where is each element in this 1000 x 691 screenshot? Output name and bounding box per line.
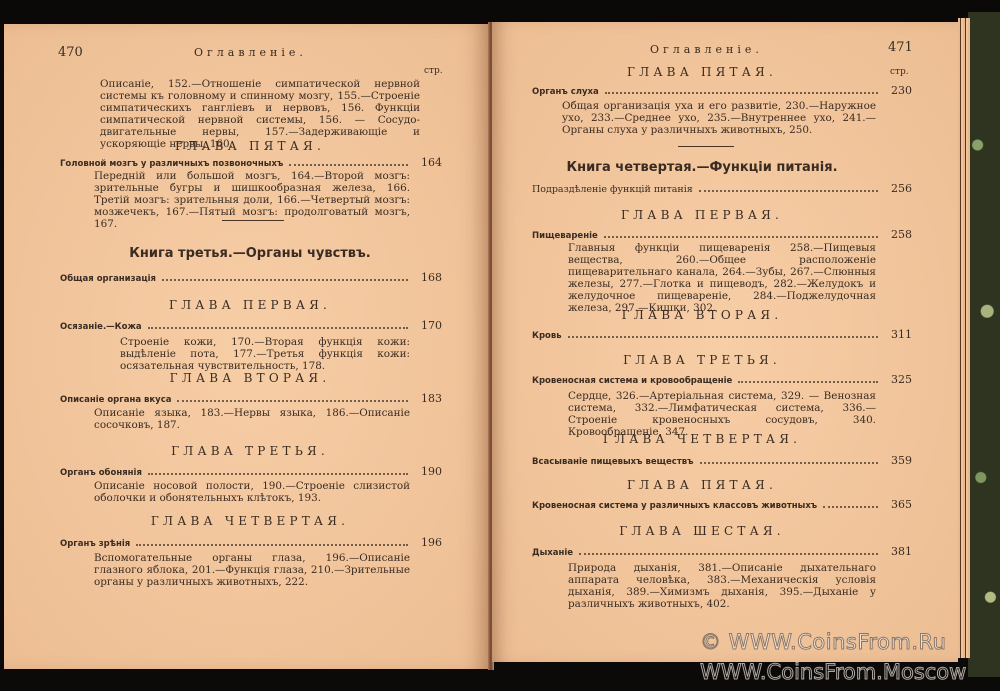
toc-entry-title: Всасываніе пищевыхъ веществъ: [532, 457, 694, 467]
toc-entry[interactable]: Кровеносная система у различныхъ классов…: [532, 498, 912, 511]
chapter-heading: ГЛАВА ТРЕТЬЯ.: [512, 353, 892, 367]
toc-entry[interactable]: Органъ слуха 230: [532, 84, 912, 97]
toc-entry-page: 170: [414, 319, 442, 332]
toc-entry-page: 168: [414, 271, 442, 284]
chapter-heading: ГЛАВА ВТОРАЯ.: [40, 371, 460, 385]
toc-entry-description: Вспомогательные органы глаза, 196.—Описа…: [94, 552, 410, 588]
page-edges: [958, 18, 970, 658]
leader-dots: [738, 381, 878, 383]
toc-entry[interactable]: Кровь 311: [532, 328, 912, 341]
toc-entry-title: Подраздѣленіе функцій питанія: [532, 184, 693, 195]
toc-entry-title: Кровь: [532, 331, 562, 341]
toc-entry-description: Общая организація уха и его развитіе, 23…: [562, 100, 876, 136]
toc-entry[interactable]: Общая организація 168: [60, 271, 442, 284]
toc-entry-page: 230: [884, 84, 912, 97]
chapter-heading: ГЛАВА ЧЕТВЕРТАЯ.: [40, 514, 460, 528]
leader-dots: [568, 336, 878, 338]
toc-entry[interactable]: Кровеносная система и кровообращеніе 325: [532, 373, 912, 386]
leader-dots: [177, 400, 408, 402]
leader-dots: [699, 190, 878, 192]
leader-dots: [605, 92, 878, 94]
toc-entry-description: Описаніе языка, 183.—Нервы языка, 186.—О…: [94, 407, 410, 431]
toc-entry-page: 183: [414, 392, 442, 405]
toc-entry[interactable]: Осязаніе.—Кожа 170: [60, 319, 442, 332]
toc-entry[interactable]: Органъ зрѣнія 196: [60, 536, 442, 549]
chapter-heading: ГЛАВА ПЯТАЯ.: [40, 139, 460, 153]
background-top: [0, 0, 1000, 22]
toc-entry-page: 258: [884, 228, 912, 241]
chapter-heading: ГЛАВА ПЯТАЯ.: [512, 65, 892, 79]
toc-entry[interactable]: Пищевареніе 258: [532, 228, 912, 241]
leader-dots: [823, 506, 878, 508]
book-title: Книга четвертая.—Функціи питанія.: [512, 160, 892, 175]
toc-entry-title: Головной мозгъ у различныхъ позвоночныхъ: [60, 159, 283, 169]
toc-entry-page: 196: [414, 536, 442, 549]
toc-entry[interactable]: Описаніе органа вкуса 183: [60, 392, 442, 405]
toc-entry-title: Общая организація: [60, 274, 156, 284]
toc-entry-title: Органъ обонянія: [60, 468, 142, 478]
page-column-label: стр.: [424, 66, 443, 76]
running-head: Оглавленіе.: [650, 43, 763, 56]
leader-dots: [162, 279, 408, 281]
running-head: Оглавленіе.: [194, 46, 307, 59]
toc-entry-page: 365: [884, 498, 912, 511]
toc-entry[interactable]: Подраздѣленіе функцій питанія 256: [532, 182, 912, 195]
toc-entry-description: Строеніе кожи, 170.—Вторая функція кожи:…: [120, 336, 410, 372]
watermark-primary: © WWW.CoinsFrom.Ru: [700, 630, 947, 654]
chapter-heading: ГЛАВА ТРЕТЬЯ.: [40, 444, 460, 458]
page-column-label: стр.: [890, 67, 909, 77]
leader-dots: [148, 327, 408, 329]
toc-entry[interactable]: Дыханіе 381: [532, 545, 912, 558]
toc-entry[interactable]: Всасываніе пищевыхъ веществъ 359: [532, 454, 912, 467]
toc-entry-title: Кровеносная система и кровообращеніе: [532, 376, 732, 386]
toc-entry-title: Кровеносная система у различныхъ классов…: [532, 501, 817, 511]
section-divider: [678, 146, 734, 147]
toc-entry-description: Описаніе носовой полости, 190.—Строеніе …: [94, 480, 410, 504]
page-number: 470: [58, 45, 83, 60]
toc-entry-page: 359: [884, 454, 912, 467]
toc-entry-description: Главныя функціи пищеваренія 258.—Пищевыя…: [568, 242, 876, 314]
leader-dots: [148, 473, 408, 475]
toc-entry-page: 381: [884, 545, 912, 558]
chapter-heading: ГЛАВА ЧЕТВЕРТАЯ.: [512, 432, 892, 446]
toc-entry-title: Органъ слуха: [532, 87, 599, 97]
right-page: Оглавленіе. 471 ГЛАВА ПЯТАЯ. стр. Органъ…: [492, 22, 958, 662]
chapter-heading: ГЛАВА ВТОРАЯ.: [512, 308, 892, 322]
chapter-heading: ГЛАВА ПЕРВАЯ.: [512, 208, 892, 222]
chapter-heading: ГЛАВА ШЕСТАЯ.: [512, 524, 892, 538]
chapter-heading: ГЛАВА ПЯТАЯ.: [512, 478, 892, 492]
left-page: 470 Оглавленіе. стр. Описаніе, 152.—Отно…: [4, 24, 490, 669]
toc-entry-page: 190: [414, 465, 442, 478]
toc-entry-page: 325: [884, 373, 912, 386]
leader-dots: [136, 544, 408, 546]
toc-entry[interactable]: Головной мозгъ у различныхъ позвоночныхъ…: [60, 156, 442, 169]
toc-entry-page: 164: [414, 156, 442, 169]
page-number: 471: [888, 40, 913, 55]
toc-entry-title: Органъ зрѣнія: [60, 539, 130, 549]
toc-entry-description: Передній или большой мозгъ, 164.—Второй …: [94, 170, 410, 230]
leader-dots: [579, 553, 878, 555]
watermark-secondary: WWW.CoinsFrom.Moscow: [700, 660, 966, 684]
toc-entry-page: 311: [884, 328, 912, 341]
toc-entry-page: 256: [884, 182, 912, 195]
chapter-heading: ГЛАВА ПЕРВАЯ.: [40, 298, 460, 312]
leader-dots: [289, 164, 408, 166]
book-title: Книга третья.—Органы чувствъ.: [40, 246, 460, 261]
toc-entry-description: Природа дыханія, 381.—Описаніе дыхательн…: [568, 562, 876, 610]
book-cover-edge: [968, 12, 1000, 677]
toc-entry-title: Дыханіе: [532, 548, 573, 558]
toc-entry-title: Описаніе органа вкуса: [60, 395, 171, 405]
leader-dots: [604, 236, 878, 238]
toc-entry-title: Пищевареніе: [532, 231, 598, 241]
section-divider: [222, 220, 284, 221]
toc-entry-title: Осязаніе.—Кожа: [60, 322, 142, 332]
leader-dots: [700, 462, 878, 464]
toc-entry[interactable]: Органъ обонянія 190: [60, 465, 442, 478]
toc-entry-description: Сердце, 326.—Артеріальная система, 329. …: [568, 390, 876, 438]
